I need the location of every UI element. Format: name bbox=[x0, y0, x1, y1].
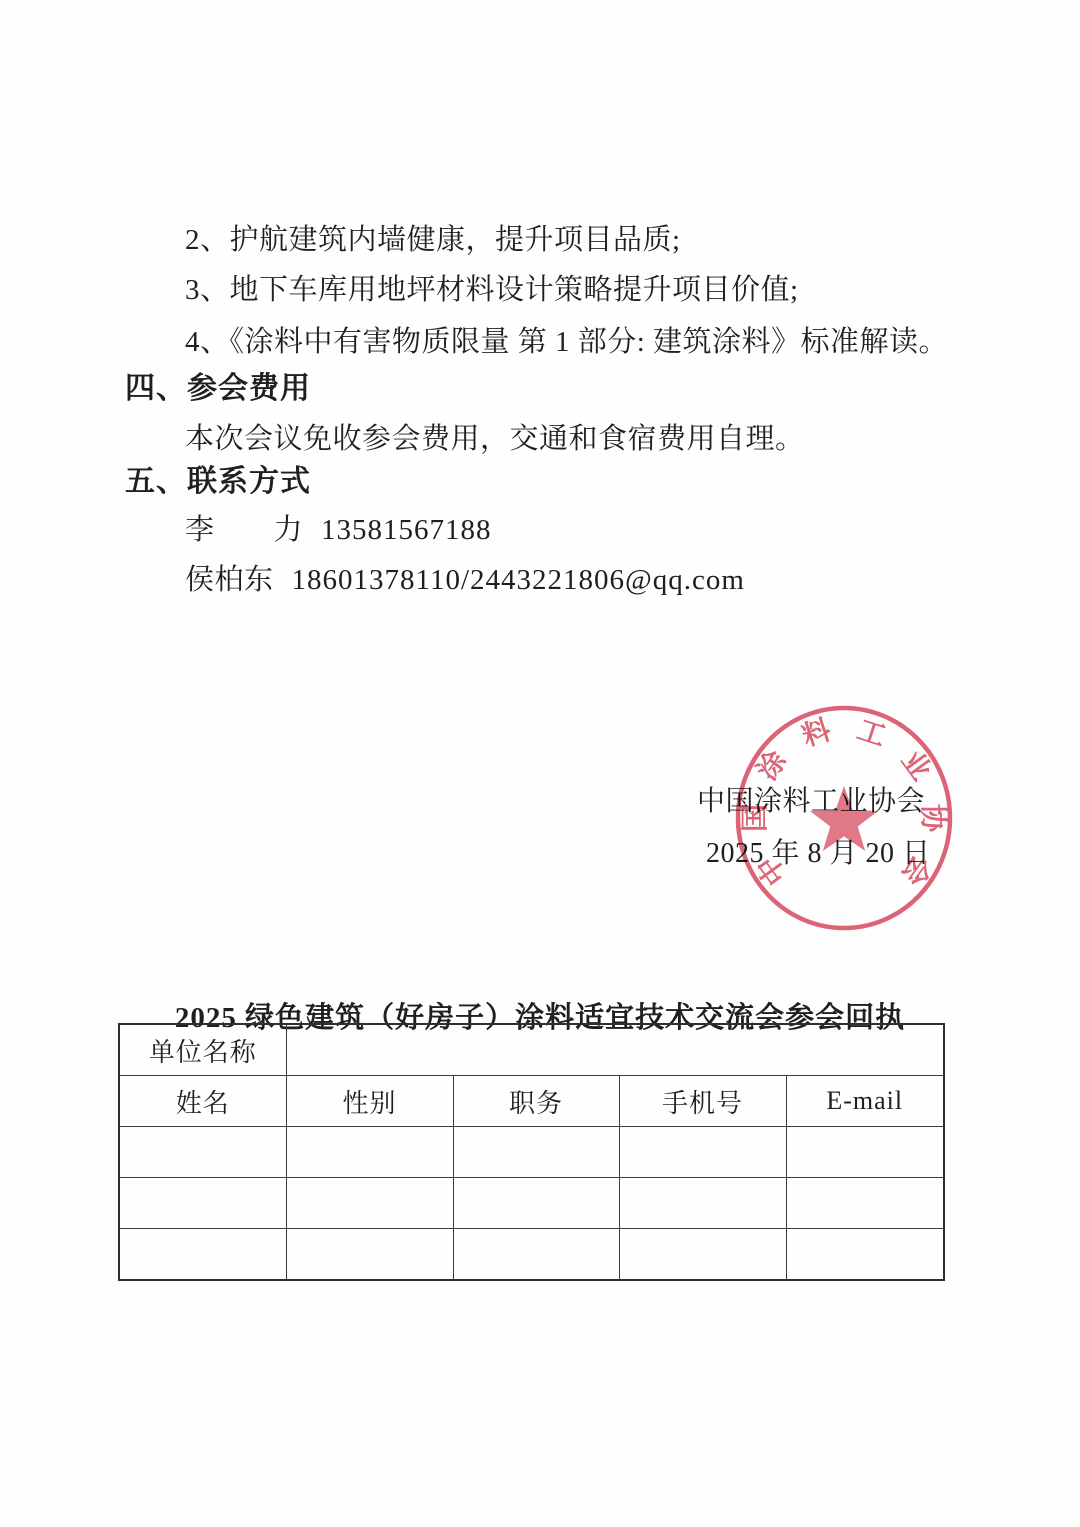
contact-phone-1: 13581567188 bbox=[321, 514, 492, 546]
section-contact-heading: 五、联系方式 bbox=[125, 464, 311, 500]
official-seal-stamp: 中 国 涂 料 工 业 协 会 bbox=[731, 702, 957, 934]
blank-cell bbox=[286, 1229, 453, 1281]
blank-entry-row bbox=[119, 1127, 944, 1178]
section-fee-heading: 四、参会费用 bbox=[125, 371, 311, 407]
blank-cell bbox=[786, 1229, 944, 1281]
unit-name-row: 单位名称 bbox=[119, 1024, 944, 1076]
blank-cell bbox=[119, 1229, 286, 1281]
seal-char-6: 业 bbox=[895, 745, 937, 786]
blank-entry-row bbox=[119, 1178, 944, 1229]
blank-cell bbox=[286, 1127, 453, 1178]
seal-char-4: 料 bbox=[798, 714, 835, 753]
contact-name-2: 侯柏东 bbox=[185, 564, 274, 596]
column-header-name: 姓名 bbox=[119, 1076, 286, 1127]
blank-cell bbox=[453, 1127, 619, 1178]
blank-cell bbox=[619, 1229, 786, 1281]
signature-organization: 中国涂料工业协会 bbox=[697, 786, 925, 818]
column-header-mobile: 手机号 bbox=[619, 1076, 786, 1127]
blank-cell bbox=[453, 1178, 619, 1229]
blank-cell bbox=[786, 1127, 944, 1178]
column-header-gender: 性别 bbox=[286, 1076, 453, 1127]
column-header-email: E-mail bbox=[786, 1076, 944, 1127]
contact-name-1: 李 力 bbox=[185, 514, 303, 546]
signature-date: 2025 年 8 月 20 日 bbox=[706, 838, 931, 870]
blank-entry-row bbox=[119, 1229, 944, 1281]
seal-ring-circle bbox=[738, 708, 950, 928]
unit-name-value-cell bbox=[286, 1024, 944, 1076]
contact-row-1: 李 力13581567188 bbox=[185, 512, 492, 548]
seal-char-5: 工 bbox=[853, 715, 889, 753]
blank-cell bbox=[286, 1178, 453, 1229]
document-page: 2、护航建筑内墙健康，提升项目品质; 3、地下车库用地坪材料设计策略提升项目价值… bbox=[0, 0, 1080, 1527]
column-header-title: 职务 bbox=[453, 1076, 619, 1127]
seal-char-3: 涂 bbox=[751, 745, 793, 786]
section-fee-body: 本次会议免收参会费用，交通和食宿费用自理。 bbox=[185, 421, 805, 457]
blank-cell bbox=[119, 1127, 286, 1178]
blank-cell bbox=[119, 1178, 286, 1229]
blank-cell bbox=[453, 1229, 619, 1281]
unit-name-label: 单位名称 bbox=[119, 1024, 286, 1076]
blank-cell bbox=[619, 1178, 786, 1229]
agenda-item-4: 4、《涂料中有害物质限量 第 1 部分: 建筑涂料》标准解读。 bbox=[185, 324, 948, 360]
blank-cell bbox=[786, 1178, 944, 1229]
reply-form-table: 单位名称 姓名 性别 职务 手机号 E-mail bbox=[118, 1023, 945, 1281]
blank-cell bbox=[619, 1127, 786, 1178]
agenda-item-3: 3、地下车库用地坪材料设计策略提升项目价值; bbox=[185, 272, 799, 308]
agenda-item-2: 2、护航建筑内墙健康，提升项目品质; bbox=[185, 222, 681, 258]
contact-row-2: 侯柏东18601378110/2443221806@qq.com bbox=[185, 562, 745, 598]
contact-phone-2: 18601378110/2443221806@qq.com bbox=[292, 564, 745, 596]
column-header-row: 姓名 性别 职务 手机号 E-mail bbox=[119, 1076, 944, 1127]
